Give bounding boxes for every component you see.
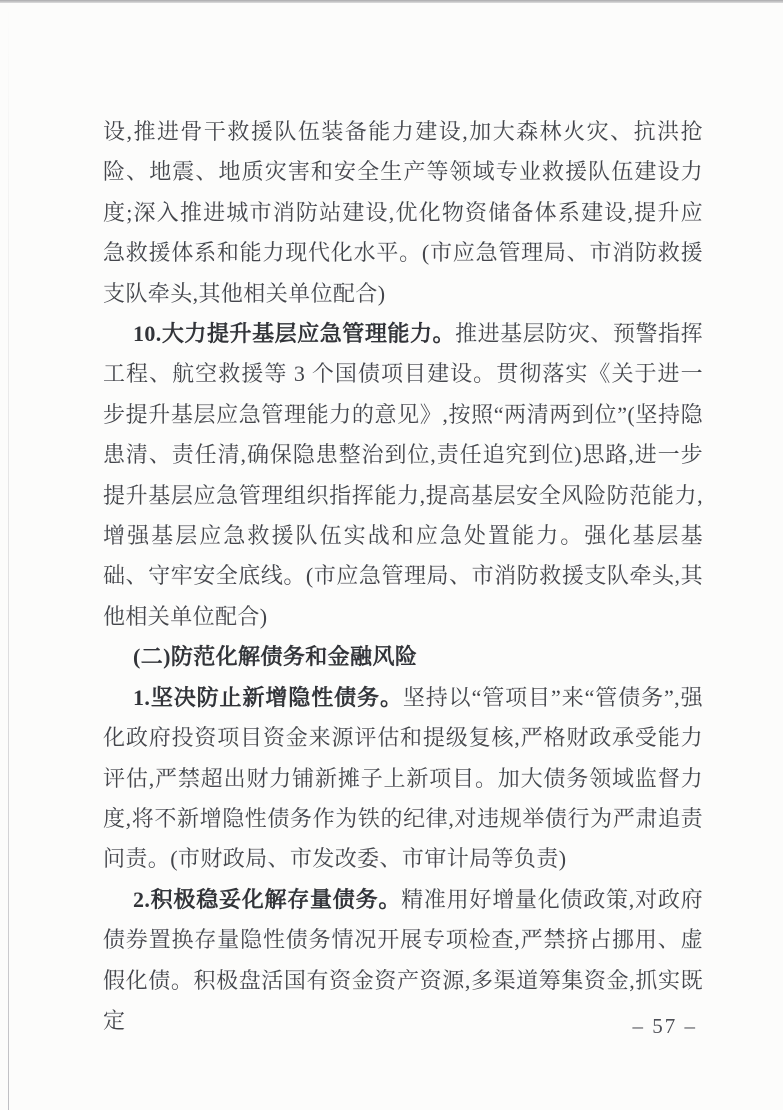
page-number: – 57 –	[633, 1014, 698, 1039]
paragraph-continuation: 设,推进骨干救援队伍装备能力建设,加大森林火灾、抗洪抢险、地震、地质灾害和安全生…	[103, 112, 703, 314]
paragraph-text: 设,推进骨干救援队伍装备能力建设,加大森林火灾、抗洪抢险、地震、地质灾害和安全生…	[103, 119, 703, 306]
paragraph-item-1: 1.坚决防止新增隐性债务。坚持以“管项目”来“管债务”,强化政府投资项目资金来源…	[103, 678, 703, 880]
paragraph-lead-bold: 10.大力提升基层应急管理能力。	[133, 321, 455, 346]
section-heading: (二)防范化解债务和金融风险	[103, 637, 703, 677]
paragraph-text: 坚持以“管项目”来“管债务”,强化政府投资项目资金来源评估和提级复核,严格财政承…	[103, 685, 703, 872]
scan-left-edge-artifact	[8, 0, 9, 1110]
scan-top-edge-artifact	[0, 0, 783, 3]
paragraph-text: 推进基层防灾、预警指挥工程、航空救援等 3 个国债项目建设。贯彻落实《关于进一步…	[103, 321, 703, 629]
document-body-text: 设,推进骨干救援队伍装备能力建设,加大森林火灾、抗洪抢险、地震、地质灾害和安全生…	[103, 112, 703, 1041]
scanned-document-page: 设,推进骨干救援队伍装备能力建设,加大森林火灾、抗洪抢险、地震、地质灾害和安全生…	[0, 0, 783, 1110]
paragraph-item-10: 10.大力提升基层应急管理能力。推进基层防灾、预警指挥工程、航空救援等 3 个国…	[103, 314, 703, 637]
paragraph-lead-bold: 2.积极稳妥化解存量债务。	[133, 887, 401, 912]
paragraph-lead-bold: 1.坚决防止新增隐性债务。	[133, 685, 403, 710]
paragraph-item-2: 2.积极稳妥化解存量债务。精准用好增量化债政策,对政府债券置换存量隐性债务情况开…	[103, 880, 703, 1042]
